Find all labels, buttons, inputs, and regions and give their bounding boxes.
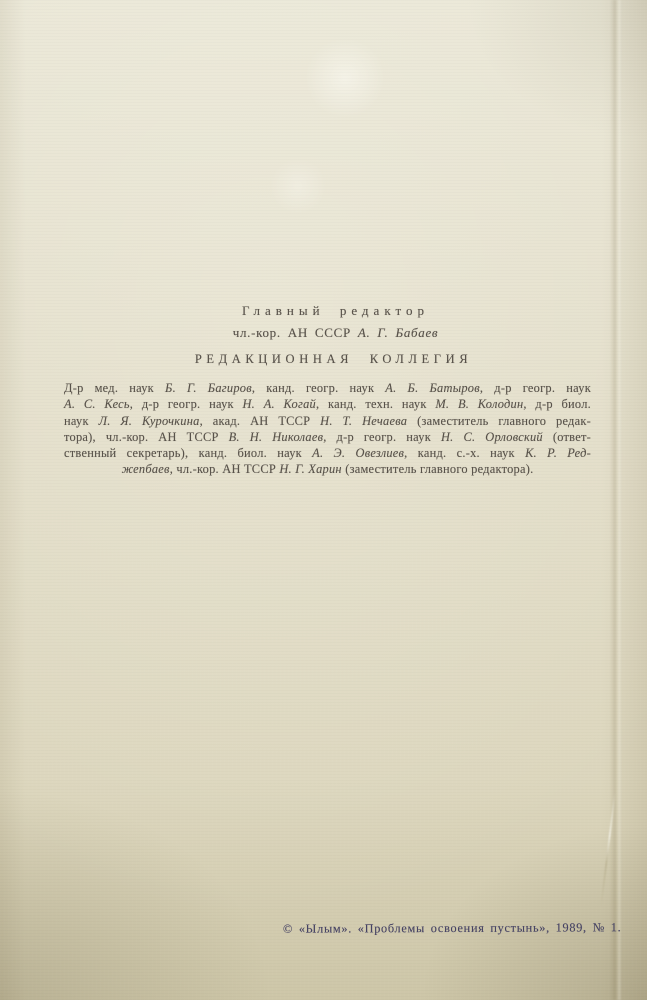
chief-editor-prefix: чл.-кор. АН СССР bbox=[233, 325, 351, 340]
board-member-name: В. Н. Николаев bbox=[229, 430, 324, 444]
board-member-name: Н. С. Орловский bbox=[441, 430, 543, 444]
page-content: Главный редактор чл.-кор. АН СССР А. Г. … bbox=[0, 0, 647, 1000]
board-member-title: , акад. АН ТССР bbox=[200, 414, 321, 428]
editorial-board-paragraph: Д-р мед. наук Б. Г. Багиров, канд. геогр… bbox=[64, 380, 591, 478]
editorial-board-heading: РЕДАКЦИОННАЯ КОЛЛЕГИЯ bbox=[10, 352, 647, 367]
board-member-title: наук bbox=[64, 414, 99, 428]
board-member-title: (ответ- bbox=[543, 430, 591, 444]
board-member-title: , д-р биол. bbox=[523, 397, 591, 411]
board-member-name: Л. Я. Курочкина bbox=[99, 414, 200, 428]
board-member-title: тора), чл.-кор. АН ТССР bbox=[64, 430, 229, 444]
board-member-name: жепбаев bbox=[122, 462, 170, 476]
board-member-name: К. Р. Ред- bbox=[525, 446, 591, 460]
chief-editor-heading: Главный редактор bbox=[12, 303, 647, 319]
paragraph-line: ственный секретарь), канд. биол. наук А.… bbox=[64, 445, 591, 461]
paragraph-line: тора), чл.-кор. АН ТССР В. Н. Николаев, … bbox=[64, 429, 591, 445]
board-member-name: Н. Г. Харин bbox=[279, 462, 342, 476]
board-member-name: Н. Т. Нечаева bbox=[320, 414, 407, 428]
board-member-name: Б. Г. Багиров bbox=[165, 381, 252, 395]
board-member-name: А. Б. Батыров bbox=[385, 381, 480, 395]
board-member-title: , чл.-кор. АН ТССР bbox=[170, 462, 280, 476]
board-member-title: , канд. геогр. наук bbox=[252, 381, 385, 395]
board-member-name: М. В. Колодин bbox=[435, 397, 523, 411]
board-member-title: , д-р геогр. наук bbox=[480, 381, 591, 395]
board-member-title: (заместитель главного редак- bbox=[407, 414, 591, 428]
board-member-name: А. Э. Овезлиев bbox=[312, 446, 404, 460]
board-member-title: , канд. с.-х. наук bbox=[404, 446, 525, 460]
board-member-title: (заместитель главного редактора). bbox=[342, 462, 534, 476]
chief-editor-line: чл.-кор. АН СССР А. Г. Бабаев bbox=[12, 325, 647, 341]
board-member-title: ственный секретарь), канд. биол. наук bbox=[64, 446, 312, 460]
board-member-title: Д-р мед. наук bbox=[64, 381, 165, 395]
paragraph-line: наук Л. Я. Курочкина, акад. АН ТССР Н. Т… bbox=[64, 413, 591, 429]
board-member-name: Н. А. Когай bbox=[242, 397, 316, 411]
board-member-name: А. С. Кесь bbox=[64, 397, 130, 411]
board-member-title: , д-р геогр. наук bbox=[130, 397, 243, 411]
paragraph-line: жепбаев, чл.-кор. АН ТССР Н. Г. Харин (з… bbox=[64, 461, 591, 477]
chief-editor-name: А. Г. Бабаев bbox=[358, 325, 438, 340]
paragraph-line: Д-р мед. наук Б. Г. Багиров, канд. геогр… bbox=[64, 380, 591, 396]
board-member-title: , канд. техн. наук bbox=[316, 397, 435, 411]
paragraph-line: А. С. Кесь, д-р геогр. наук Н. А. Когай,… bbox=[64, 396, 591, 412]
scanned-page-photo: Главный редактор чл.-кор. АН СССР А. Г. … bbox=[0, 0, 647, 1000]
imprint-line: © «Ылым». «Проблемы освоения пустынь», 1… bbox=[283, 920, 621, 936]
board-member-title: , д-р геогр. наук bbox=[323, 430, 441, 444]
